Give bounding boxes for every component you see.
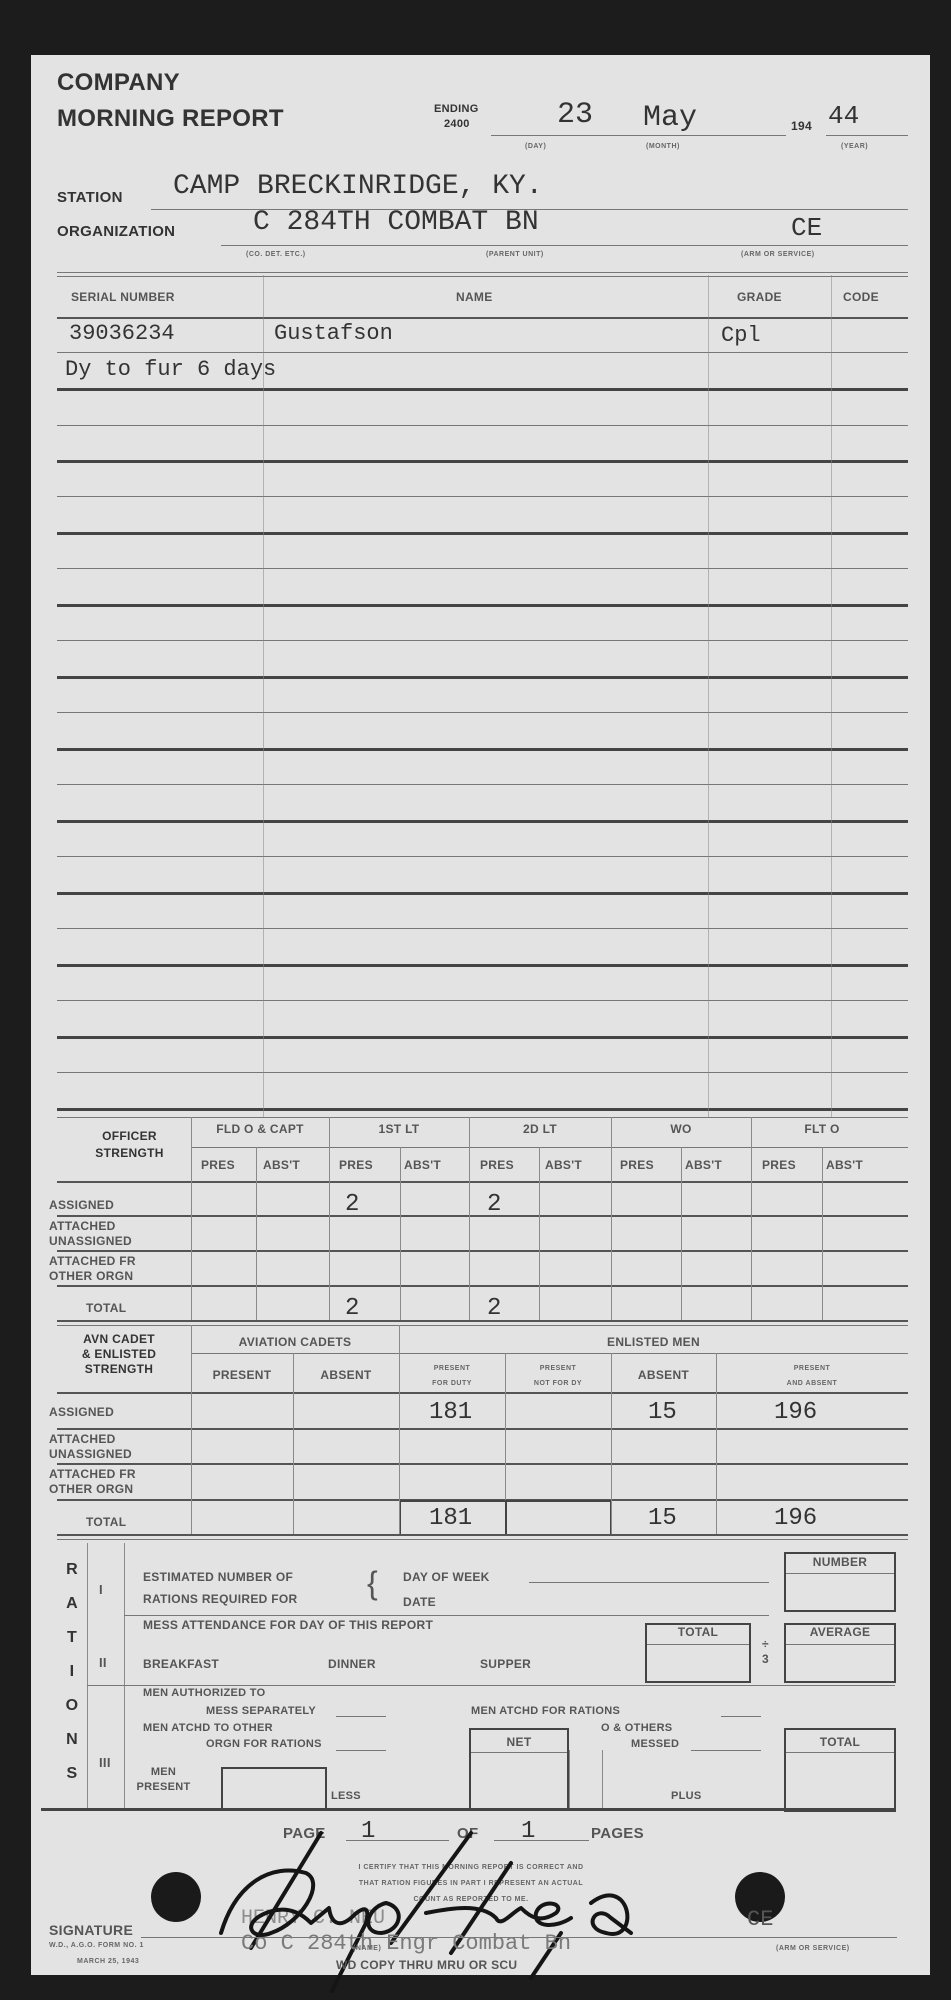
group-2d-lt: 2D LT <box>469 1122 611 1136</box>
col-pa-1: PRESENT <box>716 1361 908 1376</box>
group-flt-o: FLT O <box>751 1122 893 1136</box>
em-row-label-assigned: ASSIGNED <box>49 1405 114 1419</box>
caption-arm-service-footer: (ARM OR SERVICE) <box>776 1945 850 1952</box>
men-present-2: PRESENT <box>126 1780 201 1795</box>
rations-letter: O <box>57 1689 87 1723</box>
form-date: MARCH 25, 1943 <box>77 1958 139 1965</box>
sub-pres: PRES <box>762 1158 796 1172</box>
em-row-label-unassigned: UNASSIGNED <box>49 1447 132 1462</box>
col-cadet-absent: ABSENT <box>293 1368 399 1382</box>
section-i-line1: ESTIMATED NUMBER OF <box>143 1570 293 1584</box>
group-enlisted-men: ENLISTED MEN <box>399 1335 908 1349</box>
sub-abst: ABS'T <box>826 1158 863 1172</box>
typed-unit: Co C 284th Engr Combat Bn <box>241 1931 571 1956</box>
entry-remark: Dy to fur 6 days <box>65 357 276 382</box>
ending-label: ENDING <box>434 103 479 115</box>
others-2: MESSED <box>631 1738 679 1750</box>
section-i-line2: RATIONS REQUIRED FOR <box>143 1592 297 1606</box>
day-of-week-label: DAY OF WEEK <box>403 1570 490 1584</box>
report-month: May <box>643 101 697 135</box>
col-serial-number: SERIAL NUMBER <box>71 290 175 304</box>
form-title-line2: MORNING REPORT <box>57 105 284 133</box>
em-assigned-total: 196 <box>774 1399 817 1426</box>
copy-note: WD COPY THRU MRU OR SCU <box>336 1958 517 1972</box>
section-iii-numeral: III <box>99 1755 111 1770</box>
row-label-assigned: ASSIGNED <box>49 1198 114 1212</box>
em-assigned-pfd: 181 <box>429 1399 472 1426</box>
em-total-total: 196 <box>774 1505 817 1532</box>
divide-sign: ÷ <box>762 1637 769 1651</box>
em-row-label-attached-fr: ATTACHED FR <box>49 1467 136 1482</box>
row-label-attached: ATTACHED <box>49 1219 132 1234</box>
organization-value: C 284TH COMBAT BN <box>253 207 539 238</box>
mess-total-label: TOTAL <box>647 1625 749 1639</box>
entry-grade: Cpl <box>721 323 761 348</box>
col-pfd-1: PRESENT <box>399 1361 505 1376</box>
group-wo: WO <box>611 1122 751 1136</box>
rations-letter: R <box>57 1553 87 1587</box>
em-assigned-absent: 15 <box>648 1399 677 1426</box>
sub-pres: PRES <box>620 1158 654 1172</box>
caption-name: (NAME) <box>353 1945 381 1952</box>
col-pfd-2: FOR DUTY <box>399 1376 505 1391</box>
dinner-label: DINNER <box>328 1657 376 1671</box>
arm-or-service-value: CE <box>791 213 822 243</box>
officer-assigned-1stlt-pres: 2 <box>345 1191 359 1218</box>
caption-arm-service: (ARM OR SERVICE) <box>741 251 815 258</box>
em-row-label-total: TOTAL <box>86 1515 126 1529</box>
atchd-other-1: MEN ATCHD TO OTHER <box>143 1722 273 1734</box>
net-label: NET <box>471 1735 567 1749</box>
day-caption: (DAY) <box>525 143 546 150</box>
date-label: DATE <box>403 1595 436 1609</box>
officer-strength-title-2: STRENGTH <box>57 1145 202 1162</box>
col-pa-2: AND ABSENT <box>716 1376 908 1391</box>
caption-parent-unit: (PARENT UNIT) <box>486 251 544 258</box>
others-1: O & OTHERS <box>601 1722 672 1734</box>
month-caption: (MONTH) <box>646 143 680 150</box>
row-label-total: TOTAL <box>86 1301 126 1315</box>
group-fld-o-capt: FLD O & CAPT <box>191 1122 329 1136</box>
officer-strength-title-1: OFFICER <box>57 1128 202 1145</box>
year-prefix: 194 <box>791 119 812 133</box>
col-name: NAME <box>456 290 493 304</box>
em-row-label-other-orgn: OTHER ORGN <box>49 1482 136 1497</box>
signature-label: SIGNATURE <box>49 1922 133 1938</box>
section-ii-numeral: II <box>99 1655 107 1670</box>
sub-pres: PRES <box>201 1158 235 1172</box>
less-label: LESS <box>331 1790 361 1802</box>
station-label: STATION <box>57 189 123 206</box>
men-present-1: MEN <box>126 1765 201 1780</box>
punch-hole-left <box>151 1872 201 1922</box>
report-year: 44 <box>828 101 859 131</box>
section-iii-total-label: TOTAL <box>786 1735 894 1749</box>
entry-serial: 39036234 <box>69 321 175 346</box>
plus-label: PLUS <box>671 1790 702 1802</box>
sub-pres: PRES <box>339 1158 373 1172</box>
rations-letter: A <box>57 1587 87 1621</box>
em-row-label-attached: ATTACHED <box>49 1432 132 1447</box>
form-title-line1: COMPANY <box>57 69 180 97</box>
group-1st-lt: 1ST LT <box>329 1122 469 1136</box>
col-code: CODE <box>843 290 879 304</box>
enlisted-title-1: AVN CADET <box>49 1332 189 1347</box>
group-aviation-cadets: AVIATION CADETS <box>191 1335 399 1349</box>
em-total-absent: 15 <box>648 1505 677 1532</box>
mess-attendance-title: MESS ATTENDANCE FOR DAY OF THIS REPORT <box>143 1618 433 1632</box>
morning-report-form: COMPANY MORNING REPORT ENDING 2400 23 Ma… <box>31 55 930 1975</box>
row-label-attached-fr: ATTACHED FR <box>49 1254 136 1269</box>
enlisted-title-2: & ENLISTED <box>49 1347 189 1362</box>
breakfast-label: BREAKFAST <box>143 1657 219 1671</box>
number-label: NUMBER <box>786 1555 894 1569</box>
organization-label: ORGANIZATION <box>57 223 175 240</box>
officer-assigned-2dlt-pres: 2 <box>487 1191 501 1218</box>
report-day: 23 <box>557 98 593 132</box>
rations-letter: S <box>57 1757 87 1791</box>
rations-letter: T <box>57 1621 87 1655</box>
col-pnfd-2: NOT FOR DY <box>505 1376 611 1391</box>
col-pnfd-1: PRESENT <box>505 1361 611 1376</box>
auth-line2: MESS SEPARATELY <box>206 1705 316 1717</box>
auth-line1: MEN AUTHORIZED TO <box>143 1687 265 1699</box>
sub-abst: ABS'T <box>545 1158 582 1172</box>
entry-name: Gustafson <box>274 321 393 346</box>
rations-letter: N <box>57 1723 87 1757</box>
row-label-other-orgn: OTHER ORGN <box>49 1269 136 1284</box>
sub-abst: ABS'T <box>404 1158 441 1172</box>
officer-total-2dlt-pres: 2 <box>487 1295 501 1322</box>
form-number: W.D., A.G.O. FORM NO. 1 <box>49 1942 144 1949</box>
atchd-rations-label: MEN ATCHD FOR RATIONS <box>471 1705 620 1717</box>
divisor: 3 <box>762 1652 769 1666</box>
average-label: AVERAGE <box>786 1625 894 1639</box>
sub-pres: PRES <box>480 1158 514 1172</box>
caption-co-det: (CO. DET. ETC.) <box>246 251 306 258</box>
em-total-pfd: 181 <box>429 1505 472 1532</box>
typed-officer-arm: CE <box>747 1907 773 1932</box>
station-value: CAMP BRECKINRIDGE, KY. <box>173 171 543 202</box>
year-caption: (YEAR) <box>841 143 868 150</box>
ending-time: 2400 <box>444 118 470 130</box>
atchd-other-2: ORGN FOR RATIONS <box>206 1738 322 1750</box>
sub-abst: ABS'T <box>685 1158 722 1172</box>
rations-letter: I <box>57 1655 87 1689</box>
officer-total-1stlt-pres: 2 <box>345 1295 359 1322</box>
supper-label: SUPPER <box>480 1657 531 1671</box>
row-label-unassigned: UNASSIGNED <box>49 1234 132 1249</box>
col-em-absent: ABSENT <box>611 1368 716 1382</box>
col-cadet-present: PRESENT <box>191 1368 293 1382</box>
section-i-numeral: I <box>99 1582 103 1597</box>
enlisted-title-3: STRENGTH <box>49 1362 189 1377</box>
col-grade: GRADE <box>737 290 782 304</box>
sub-abst: ABS'T <box>263 1158 300 1172</box>
